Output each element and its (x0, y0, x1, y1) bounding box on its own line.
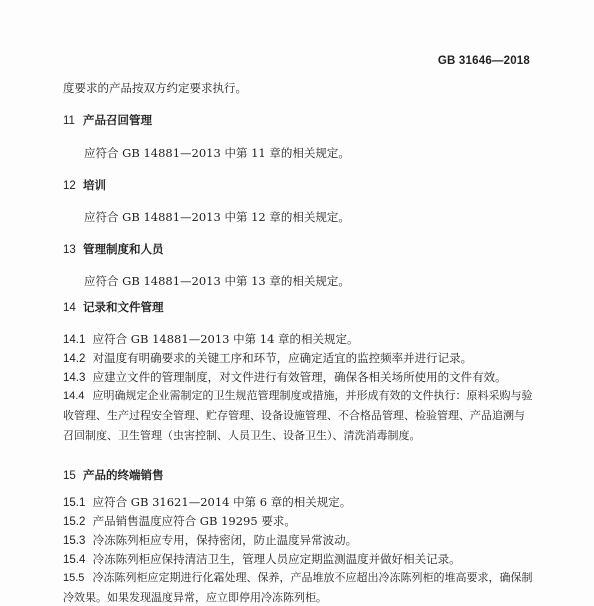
clause-text: 应明确规定企业需制定的卫生规范管理制度或措施，并形成有效的文件执行：原料采购与验… (63, 389, 533, 442)
section-title: 培训 (83, 178, 106, 192)
clause-number: 15.5 (63, 568, 89, 588)
clause-14-3: 14.3 应建立文件的管理制度，对文件进行有效管理，确保各相关场所使用的文件有效… (63, 367, 533, 388)
clause-14-4: 14.4 应明确规定企业需制定的卫生规范管理制度或措施，并形成有效的文件执行：原… (63, 386, 533, 446)
clause-number: 15.2 (63, 512, 89, 532)
clause-text: 应符合 GB 31621—2014 中第 6 章的相关规定。 (93, 495, 352, 509)
clause-text: 对温度有明确要求的关键工序和环节，应确定适宜的监控频率并进行记录。 (93, 351, 473, 365)
section-13-heading: 13管理制度和人员 (63, 239, 533, 260)
section-number: 15 (63, 466, 83, 486)
clause-text: 冷冻陈列柜应保持清洁卫生，管理人员应定期监测温度并做好相关记录。 (93, 552, 461, 566)
section-12-body: 应符合 GB 14881—2013 中第 12 章的相关规定。 (84, 207, 554, 227)
section-number: 13 (63, 240, 83, 260)
clause-14-2: 14.2 对温度有明确要求的关键工序和环节，应确定适宜的监控频率并进行记录。 (63, 348, 533, 369)
section-title: 记录和文件管理 (83, 300, 164, 314)
clause-text: 产品销售温度应符合 GB 19295 要求。 (93, 514, 296, 528)
section-number: 12 (63, 176, 83, 196)
clause-15-4: 15.4 冷冻陈列柜应保持清洁卫生，管理人员应定期监测温度并做好相关记录。 (63, 549, 533, 570)
standard-code: GB 31646—2018 (438, 55, 530, 67)
clause-number: 14.4 (63, 386, 89, 406)
document-page: GB 31646—2018 度要求的产品按双方约定要求执行。 11产品召回管理 … (0, 0, 594, 606)
section-title: 产品的终端销售 (83, 468, 164, 482)
section-14-heading: 14记录和文件管理 (63, 297, 533, 318)
clause-text: 冷冻陈列柜应定期进行化霜处理、保养，产品堆放不应超出冷冻陈列柜的堆高要求，确保制… (63, 571, 533, 604)
section-11-heading: 11产品召回管理 (63, 110, 533, 131)
section-number: 11 (63, 111, 83, 131)
clause-number: 15.1 (63, 493, 89, 513)
clause-14-1: 14.1 应符合 GB 14881—2013 中第 14 章的相关规定。 (63, 329, 533, 350)
clause-15-3: 15.3 冷冻陈列柜应专用，保持密闭，防止温度异常波动。 (63, 530, 533, 551)
clause-number: 14.2 (63, 349, 89, 369)
continuation-text: 度要求的产品按双方约定要求执行。 (63, 78, 533, 98)
section-12-heading: 12培训 (63, 175, 533, 196)
clause-number: 14.1 (63, 330, 89, 350)
clause-15-2: 15.2 产品销售温度应符合 GB 19295 要求。 (63, 511, 533, 532)
section-15-heading: 15产品的终端销售 (63, 465, 533, 486)
section-title: 产品召回管理 (83, 113, 152, 127)
clause-15-1: 15.1 应符合 GB 31621—2014 中第 6 章的相关规定。 (63, 492, 533, 513)
section-13-body: 应符合 GB 14881—2013 中第 13 章的相关规定。 (84, 271, 554, 291)
clause-text: 冷冻陈列柜应专用，保持密闭，防止温度异常波动。 (93, 533, 358, 547)
clause-15-5: 15.5 冷冻陈列柜应定期进行化霜处理、保养，产品堆放不应超出冷冻陈列柜的堆高要… (63, 568, 533, 606)
clause-number: 15.3 (63, 531, 89, 551)
section-11-body: 应符合 GB 14881—2013 中第 11 章的相关规定。 (84, 143, 554, 163)
clause-number: 14.3 (63, 368, 89, 388)
clause-number: 15.4 (63, 550, 89, 570)
clause-text: 应建立文件的管理制度，对文件进行有效管理，确保各相关场所使用的文件有效。 (93, 370, 507, 384)
clause-text: 应符合 GB 14881—2013 中第 14 章的相关规定。 (93, 332, 359, 346)
section-number: 14 (63, 298, 83, 318)
section-title: 管理制度和人员 (83, 242, 164, 256)
